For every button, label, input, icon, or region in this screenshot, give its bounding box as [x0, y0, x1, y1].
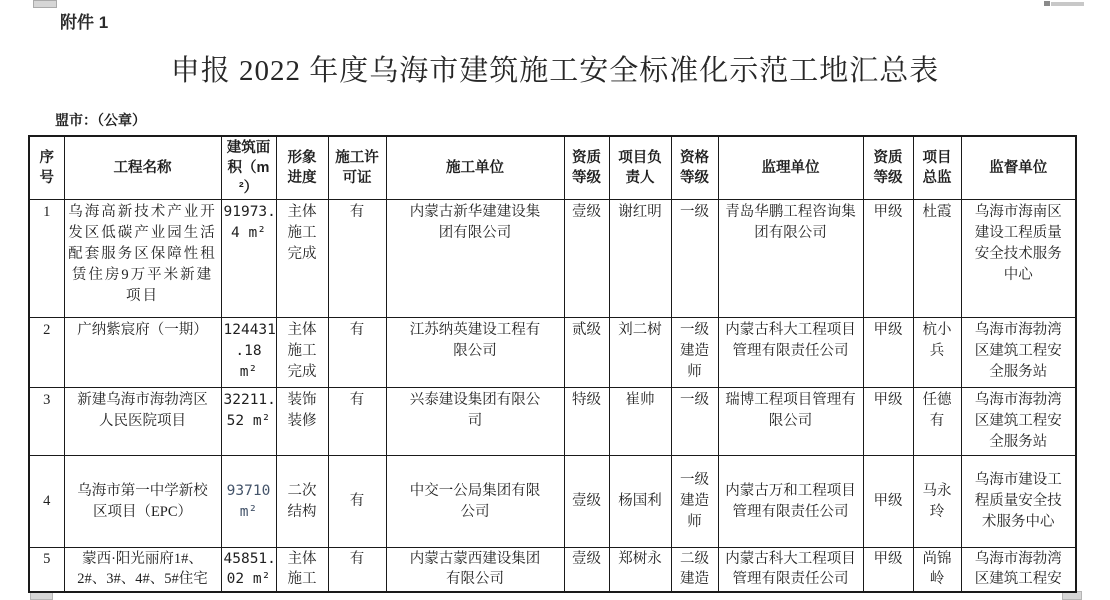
cell-contractor-grade: 壹级: [564, 548, 609, 593]
header-contractor: 施工单位: [386, 136, 564, 200]
cell-leader-grade: 一级 建造 师: [671, 318, 718, 388]
cell-supervisor-grade: 甲级: [863, 548, 913, 593]
cell-chief-supervisor: 任德 有: [913, 388, 961, 456]
scrollbar-nub[interactable]: [1044, 1, 1050, 6]
cell-seq: 3: [29, 388, 64, 456]
cell-seq: 1: [29, 200, 64, 318]
attachment-label: 附件 1: [60, 8, 108, 33]
cell-project-leader: 谢红明: [609, 200, 671, 318]
table-row: 1 乌海高新技术产业开 发区低碳产业园生活 配套服务区保障性租 赁住房9万平米新…: [29, 200, 1076, 318]
league-city-label: 盟市：（公章）: [55, 110, 146, 130]
cell-oversight-unit: 乌海市建设工 程质量安全技 术服务中心: [961, 456, 1076, 548]
document-page: 附件 1 申报 2022 年度乌海市建筑施工安全标准化示范工地汇总表 盟市：（公…: [0, 0, 1110, 600]
scrollbar-thumb[interactable]: [1051, 2, 1084, 6]
scrollbar-fragment[interactable]: [1044, 1, 1084, 7]
cell-supervisor-grade: 甲级: [863, 200, 913, 318]
cell-area: 91973. 4 m²: [221, 200, 276, 318]
header-seq: 序 号: [29, 136, 64, 200]
cell-project-leader: 杨国利: [609, 456, 671, 548]
cell-contractor: 内蒙古蒙西建设集团 有限公司: [386, 548, 564, 593]
table-row: 3 新建乌海市海勃湾区 人民医院项目 32211. 52 m² 装饰 装修 有 …: [29, 388, 1076, 456]
cell-progress: 主体 施工: [276, 548, 328, 593]
cell-supervisor: 内蒙古科大工程项目 管理有限责任公司: [718, 548, 863, 593]
header-row: 序 号 工程名称 建筑面 积（m ²） 形象 进度 施工许 可证 施工单位 资质…: [29, 136, 1076, 200]
page-title: 申报 2022 年度乌海市建筑施工安全标准化示范工地汇总表: [0, 48, 1110, 89]
cell-seq: 2: [29, 318, 64, 388]
header-contractor-grade: 资质 等级: [564, 136, 609, 200]
header-progress: 形象 进度: [276, 136, 328, 200]
cell-project-leader: 刘二树: [609, 318, 671, 388]
cell-chief-supervisor: 尚锦 岭: [913, 548, 961, 593]
cell-oversight-unit: 乌海市海南区 建设工程质量 安全技术服务 中心: [961, 200, 1076, 318]
cell-contractor: 中交一公局集团有限 公司: [386, 456, 564, 548]
cell-progress: 二次 结构: [276, 456, 328, 548]
cell-contractor: 兴泰建设集团有限公 司: [386, 388, 564, 456]
header-project-name: 工程名称: [64, 136, 221, 200]
cell-progress: 主体 施工 完成: [276, 318, 328, 388]
cell-chief-supervisor: 杜霞: [913, 200, 961, 318]
page-corner-artifact-top-left: [33, 0, 57, 8]
cell-oversight-unit: 乌海市海勃湾 区建筑工程安 全服务站: [961, 318, 1076, 388]
table-row: 4 乌海市第一中学新校 区项目（EPC） 93710 m² 二次 结构 有 中交…: [29, 456, 1076, 548]
cell-contractor-grade: 贰级: [564, 318, 609, 388]
summary-table: 序 号 工程名称 建筑面 积（m ²） 形象 进度 施工许 可证 施工单位 资质…: [28, 135, 1077, 593]
cell-contractor: 江苏纳英建设工程有 限公司: [386, 318, 564, 388]
cell-oversight-unit: 乌海市海勃湾 区建筑工程安: [961, 548, 1076, 593]
cell-project-name: 广纳紫宸府（一期）: [64, 318, 221, 388]
cell-chief-supervisor: 马永 玲: [913, 456, 961, 548]
cell-supervisor: 内蒙古科大工程项目 管理有限责任公司: [718, 318, 863, 388]
cell-permit: 有: [328, 388, 386, 456]
cell-leader-grade: 一级 建造 师: [671, 456, 718, 548]
header-permit: 施工许 可证: [328, 136, 386, 200]
cell-contractor-grade: 壹级: [564, 456, 609, 548]
cell-area: 32211. 52 m²: [221, 388, 276, 456]
cell-leader-grade: 一级: [671, 200, 718, 318]
table-row: 2 广纳紫宸府（一期） 124431 .18 m² 主体 施工 完成 有 江苏纳…: [29, 318, 1076, 388]
cell-area: 93710 m²: [221, 456, 276, 548]
header-supervisor: 监理单位: [718, 136, 863, 200]
cell-progress: 主体 施工 完成: [276, 200, 328, 318]
cell-area: 124431 .18 m²: [221, 318, 276, 388]
cell-project-name: 乌海市第一中学新校 区项目（EPC）: [64, 456, 221, 548]
cell-permit: 有: [328, 548, 386, 593]
cell-supervisor: 瑞博工程项目管理有 限公司: [718, 388, 863, 456]
cell-leader-grade: 一级: [671, 388, 718, 456]
cell-contractor-grade: 壹级: [564, 200, 609, 318]
cell-supervisor-grade: 甲级: [863, 388, 913, 456]
cell-permit: 有: [328, 456, 386, 548]
cell-progress: 装饰 装修: [276, 388, 328, 456]
header-supervisor-grade: 资质 等级: [863, 136, 913, 200]
cell-contractor: 内蒙古新华建建设集 团有限公司: [386, 200, 564, 318]
cell-contractor-grade: 特级: [564, 388, 609, 456]
cell-project-leader: 郑树永: [609, 548, 671, 593]
cell-area: 45851. 02 m²: [221, 548, 276, 593]
header-oversight-unit: 监督单位: [961, 136, 1076, 200]
cell-supervisor-grade: 甲级: [863, 456, 913, 548]
cell-permit: 有: [328, 200, 386, 318]
cell-oversight-unit: 乌海市海勃湾 区建筑工程安 全服务站: [961, 388, 1076, 456]
cell-chief-supervisor: 杭小 兵: [913, 318, 961, 388]
table-row: 5 蒙西·阳光丽府1#、 2#、3#、4#、5#住宅 45851. 02 m² …: [29, 548, 1076, 593]
cell-project-name: 乌海高新技术产业开 发区低碳产业园生活 配套服务区保障性租 赁住房9万平米新建 …: [64, 200, 221, 318]
cell-supervisor: 青岛华鹏工程咨询集 团有限公司: [718, 200, 863, 318]
cell-supervisor-grade: 甲级: [863, 318, 913, 388]
header-leader-grade: 资格 等级: [671, 136, 718, 200]
header-area: 建筑面 积（m ²）: [221, 136, 276, 200]
header-chief-supervisor: 项目 总监: [913, 136, 961, 200]
cell-permit: 有: [328, 318, 386, 388]
cell-project-name: 蒙西·阳光丽府1#、 2#、3#、4#、5#住宅: [64, 548, 221, 593]
cell-seq: 4: [29, 456, 64, 548]
cell-project-leader: 崔帅: [609, 388, 671, 456]
cell-leader-grade: 二级 建造: [671, 548, 718, 593]
cell-supervisor: 内蒙古万和工程项目 管理有限责任公司: [718, 456, 863, 548]
cell-seq: 5: [29, 548, 64, 593]
header-project-leader: 项目负 责人: [609, 136, 671, 200]
cell-project-name: 新建乌海市海勃湾区 人民医院项目: [64, 388, 221, 456]
